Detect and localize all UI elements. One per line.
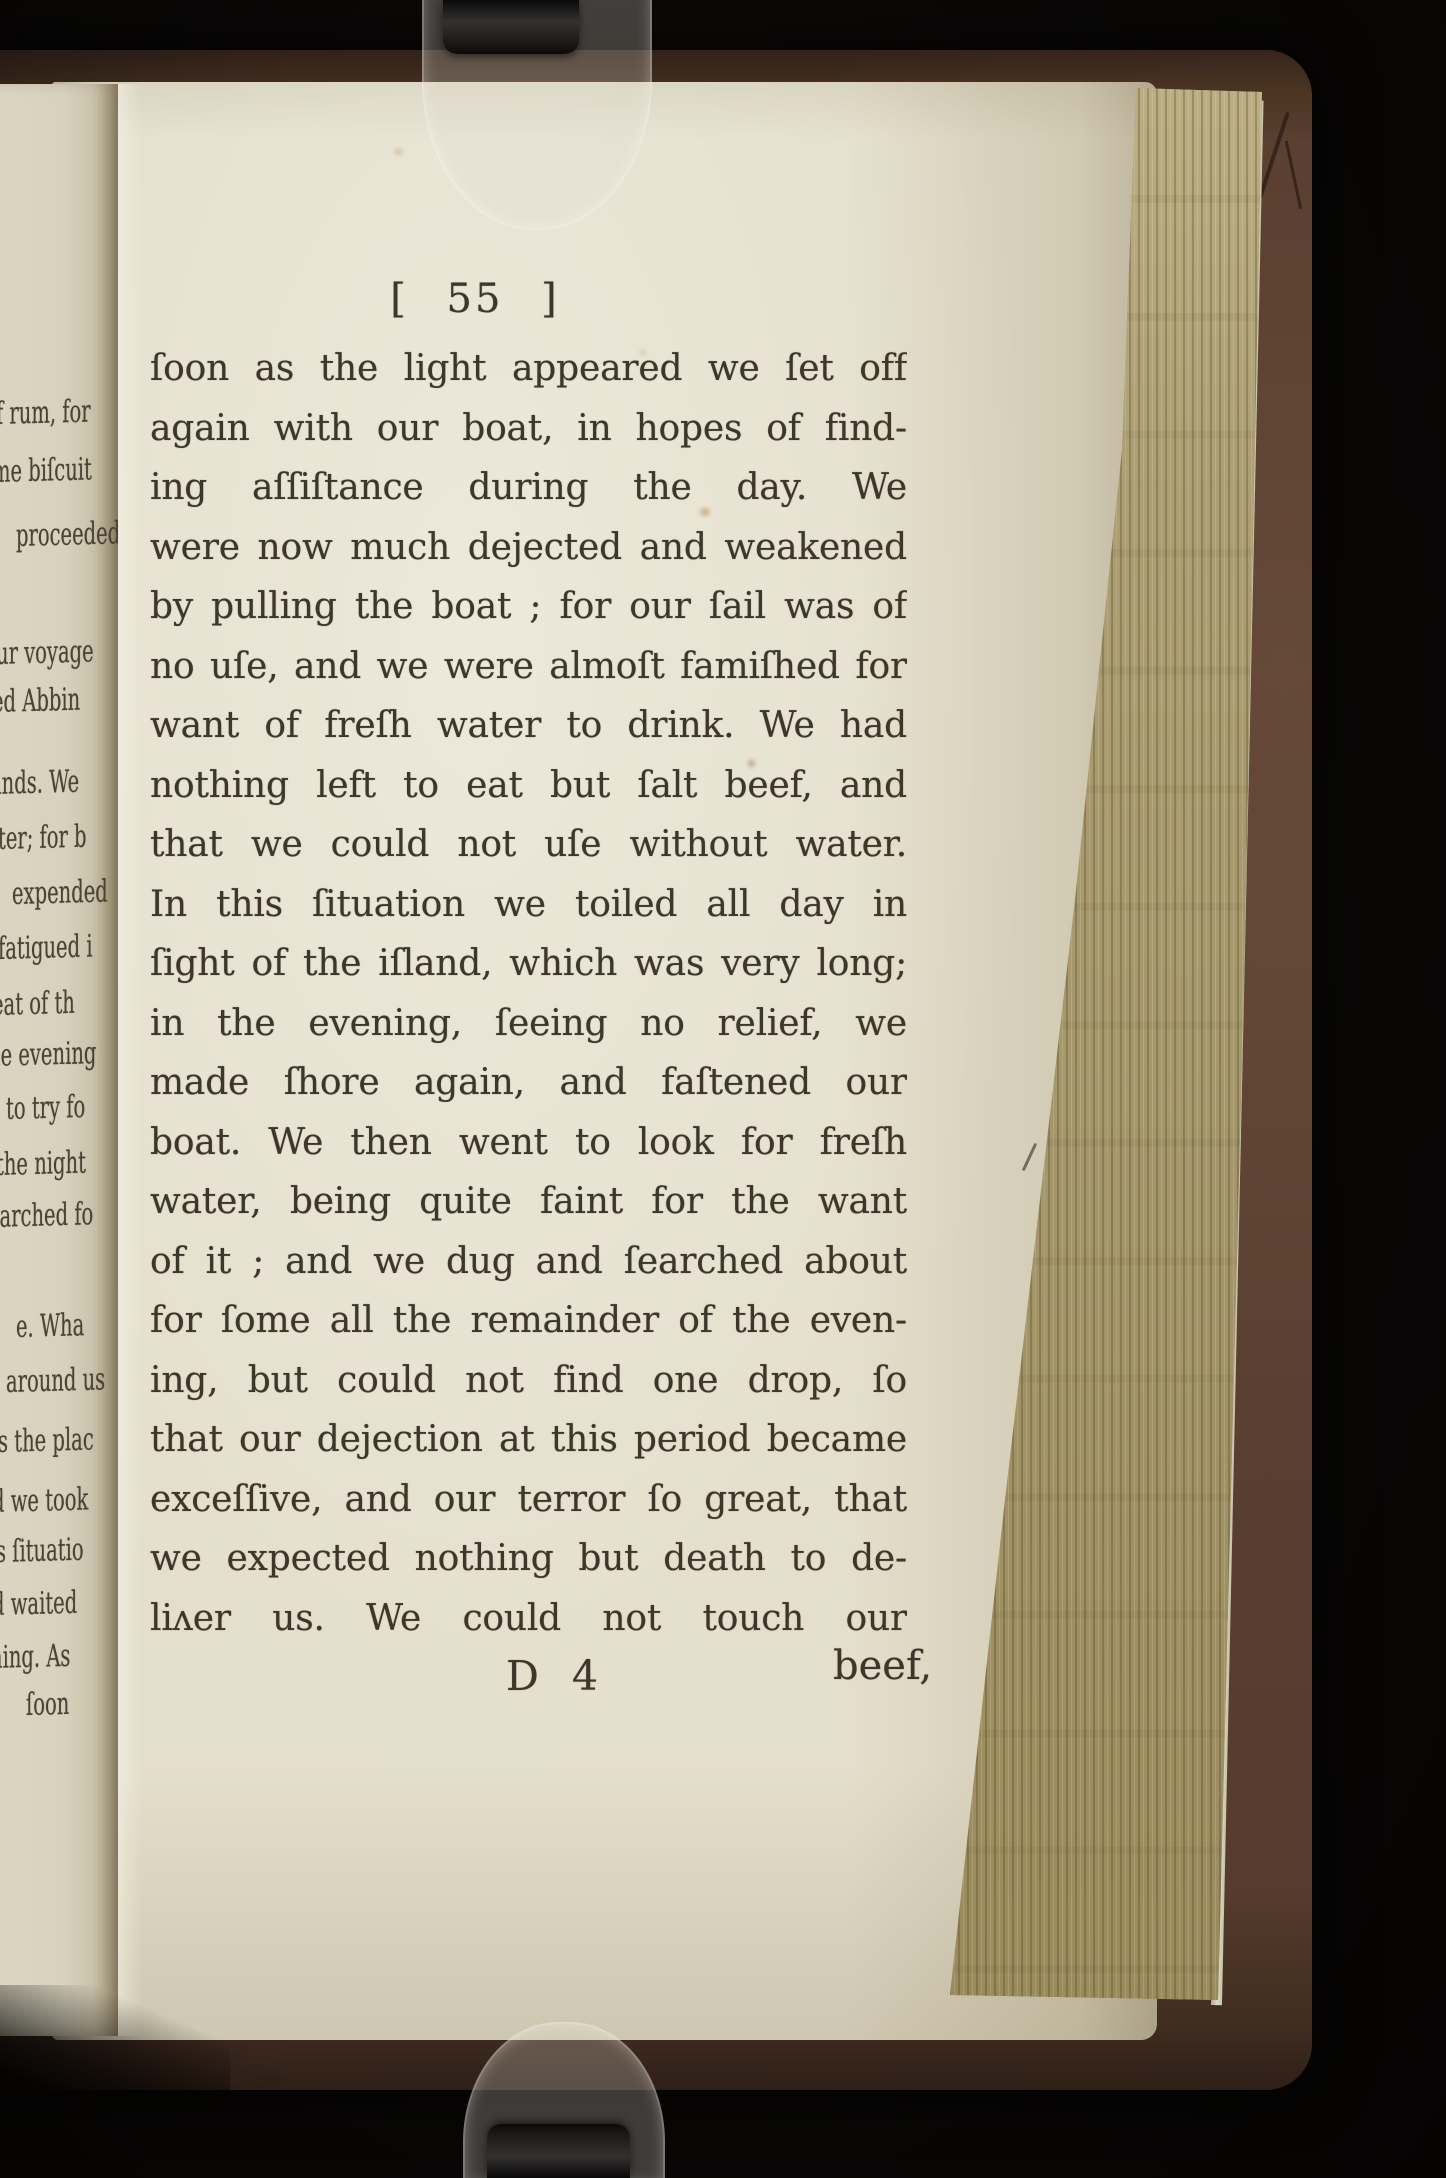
margin-fragment: ands. We xyxy=(0,764,79,802)
body-line: boat. We then went to look for freſh xyxy=(150,1113,907,1173)
cradle-clip-top xyxy=(443,0,579,54)
page-number-header: [ 55 ] xyxy=(390,276,560,322)
margin-fragment: he evening xyxy=(0,1035,96,1074)
foxing-spot xyxy=(394,148,403,155)
body-line: exceſſive, and our terror ſo great, that xyxy=(150,1470,907,1530)
bottom-left-shadow xyxy=(0,1985,230,2100)
body-line: no uſe, and we were almoſt famiſhed for xyxy=(150,637,907,697)
body-line: we expected nothing but death to de- xyxy=(150,1529,907,1589)
body-line: were now much dejected and weakened xyxy=(150,518,907,578)
body-line: by pulling the boat ; for our ſail was o… xyxy=(150,577,907,637)
body-text: ſoon as the light appeared we ſet off ag… xyxy=(150,339,907,1648)
catchword: beef, xyxy=(833,1643,932,1689)
margin-fragment: ning. As xyxy=(0,1638,70,1676)
cradle-clip-bottom xyxy=(487,2124,630,2178)
margin-fragment: around us xyxy=(6,1361,105,1400)
margin-fragment: fatigued i xyxy=(0,929,93,967)
body-line: ing aſſiſtance during the day. We xyxy=(150,458,907,518)
margin-fragment: me biſcuit xyxy=(0,451,92,490)
margin-fragment: s ſituatio xyxy=(0,1532,84,1570)
body-line: nothing left to eat but ſalt beef, and xyxy=(150,756,907,816)
body-line: in the evening, ſeeing no relief, we xyxy=(150,994,907,1054)
foxing-spot xyxy=(640,350,646,355)
body-line: want of freſh water to drink. We had xyxy=(150,696,907,756)
book-photo-scene: f rum, for me biſcuit proceeded ur voyag… xyxy=(0,0,1446,2178)
body-line: ing, but could not find one drop, ſo xyxy=(150,1351,907,1411)
margin-fragment: the night xyxy=(0,1145,86,1183)
margin-fragment: f rum, for xyxy=(0,394,91,432)
margin-fragment: ſoon xyxy=(26,1686,69,1723)
margin-fragment: to try fo xyxy=(6,1089,85,1127)
margin-fragment: d we took xyxy=(0,1481,88,1520)
margin-fragment: earched fo xyxy=(0,1196,93,1235)
body-line: ſoon as the light appeared we ſet off xyxy=(150,339,907,399)
foxing-spot xyxy=(700,508,710,516)
body-line: In this ſituation we toiled all day in xyxy=(150,875,907,935)
body-line: of it ; and we dug and ſearched about xyxy=(150,1232,907,1292)
body-line: made ſhore again, and faſtened our xyxy=(150,1053,907,1113)
margin-fragment: ed Abbin xyxy=(0,682,80,720)
margin-fragment: e. Wha xyxy=(16,1307,84,1345)
foxing-spot xyxy=(748,760,755,767)
body-line: liʌer us. We could not touch our xyxy=(150,1589,907,1649)
margin-fragment: ur voyage xyxy=(0,633,94,672)
body-line: that our dejection at this period became xyxy=(150,1410,907,1470)
body-line: that we could not uſe without water. xyxy=(150,815,907,875)
margin-fragment: eat of th xyxy=(0,985,75,1023)
signature-mark: D 4 xyxy=(506,1652,598,1700)
margin-fragment: d waited xyxy=(0,1585,77,1623)
margin-fragment: s the plac xyxy=(0,1421,94,1460)
body-line: for ſome all the remainder of the even- xyxy=(150,1291,907,1351)
body-line: ſight of the iſland, which was very long… xyxy=(150,934,907,994)
body-line: again with our boat, in hopes of find- xyxy=(150,399,907,459)
body-line: water, being quite faint for the want xyxy=(150,1172,907,1232)
margin-fragment: ter; for b xyxy=(0,819,87,857)
previous-page-edge: f rum, for me biſcuit proceeded ur voyag… xyxy=(0,84,118,2036)
margin-fragment: expended xyxy=(12,873,108,912)
gutter-highlight xyxy=(114,84,142,2036)
margin-fragment: proceeded xyxy=(16,515,118,554)
